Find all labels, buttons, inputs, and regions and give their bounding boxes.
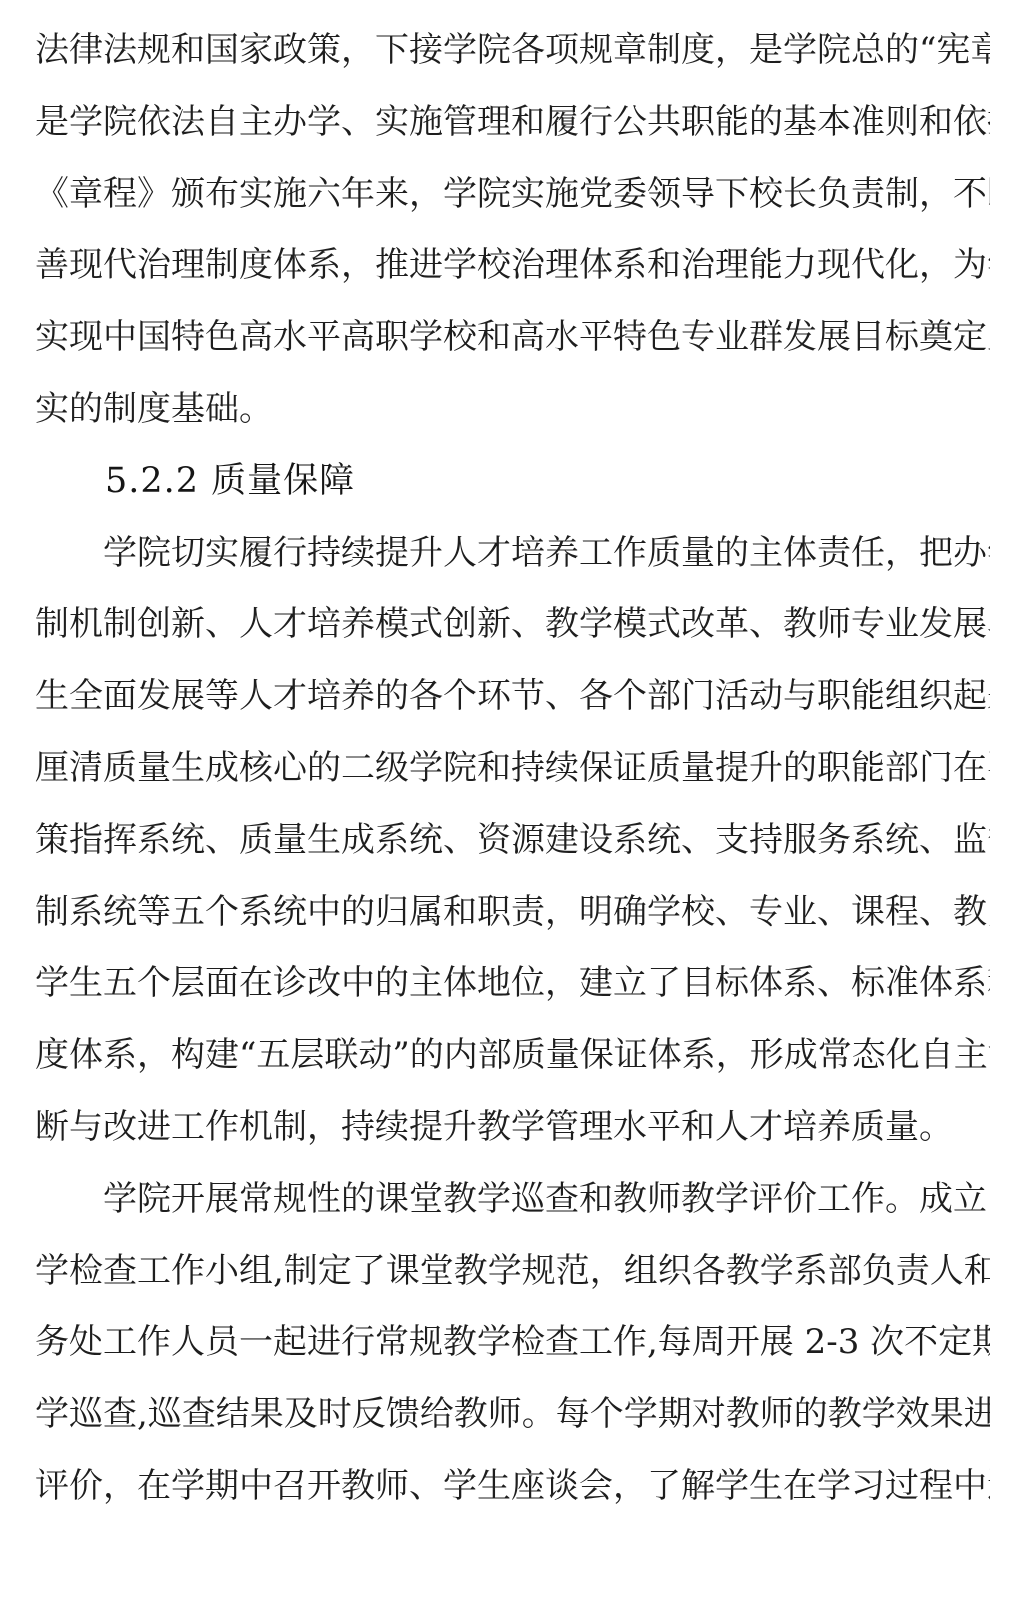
body-line: 是学院依法自主办学、实施管理和履行公共职能的基本准则和依据。 — [35, 87, 990, 159]
body-line: 学院切实履行持续提升人才培养工作质量的主体责任，把办学体 — [35, 518, 990, 590]
body-line: 制机制创新、人才培养模式创新、教学模式改革、教师专业发展、学 — [35, 589, 990, 661]
body-line: 学院开展常规性的课堂教学巡查和教师教学评价工作。成立了教 — [35, 1164, 990, 1236]
body-line: 学生五个层面在诊改中的主体地位，建立了目标体系、标准体系和制 — [35, 948, 990, 1020]
document-page: 法律法规和国家政策，下接学院各项规章制度，是学院总的“宪章”， 是学院依法自主办… — [0, 0, 1024, 1599]
body-line: 生全面发展等人才培养的各个环节、各个部门活动与职能组织起来， — [35, 661, 990, 733]
body-line: 善现代治理制度体系，推进学校治理体系和治理能力现代化，为学校 — [35, 230, 990, 302]
body-line: 断与改进工作机制，持续提升教学管理水平和人才培养质量。 — [35, 1092, 990, 1164]
body-line: 学巡查,巡查结果及时反馈给教师。每个学期对教师的教学效果进行 — [35, 1379, 990, 1451]
body-line: 法律法规和国家政策，下接学院各项规章制度，是学院总的“宪章”， — [35, 15, 990, 87]
page-content: 法律法规和国家政策，下接学院各项规章制度，是学院总的“宪章”， 是学院依法自主办… — [0, 0, 1024, 1523]
section-heading: 5.2.2 质量保障 — [35, 446, 990, 518]
body-line: 《章程》颁布实施六年来，学院实施党委领导下校长负责制，不断完 — [35, 159, 990, 231]
body-line: 务处工作人员一起进行常规教学检查工作,每周开展 2-3 次不定期教 — [35, 1307, 990, 1379]
body-line: 学检查工作小组,制定了课堂教学规范，组织各教学系部负责人和教 — [35, 1236, 990, 1308]
body-line: 评价，在学期中召开教师、学生座谈会，了解学生在学习过程中遇到 — [35, 1451, 990, 1523]
body-line: 策指挥系统、质量生成系统、资源建设系统、支持服务系统、监督控 — [35, 805, 990, 877]
body-line: 实现中国特色高水平高职学校和高水平特色专业群发展目标奠定坚 — [35, 302, 990, 374]
body-line: 厘清质量生成核心的二级学院和持续保证质量提升的职能部门在决 — [35, 733, 990, 805]
body-line: 实的制度基础。 — [35, 374, 990, 446]
body-line: 度体系，构建“五层联动”的内部质量保证体系，形成常态化自主诊 — [35, 1020, 990, 1092]
body-line: 制系统等五个系统中的归属和职责，明确学校、专业、课程、教师、 — [35, 877, 990, 949]
